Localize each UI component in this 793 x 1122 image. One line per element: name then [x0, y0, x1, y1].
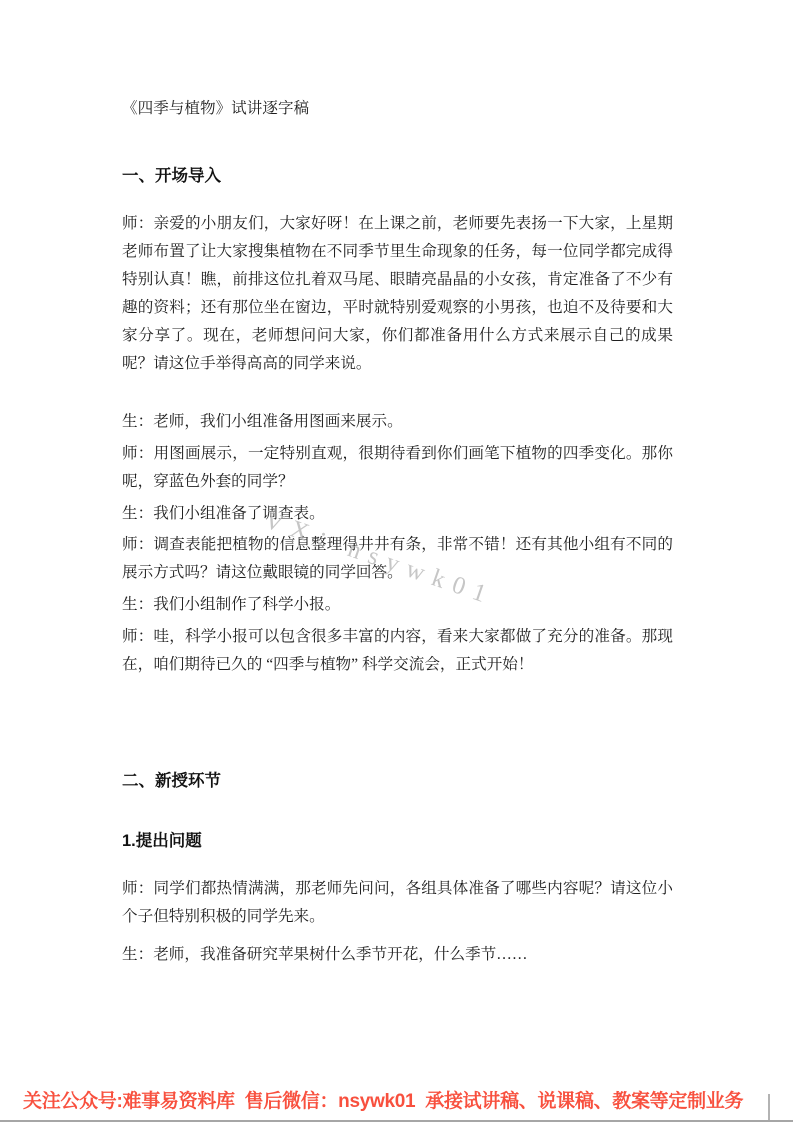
section-heading-new-lesson: 二、新授环节: [122, 767, 673, 795]
subheading-raise-question: 1.提出问题: [122, 827, 673, 855]
footer-banner: 关注公众号:难事易资料库 售后微信：nsywk01 承接试讲稿、说课稿、教案等定…: [0, 1076, 793, 1122]
paragraph-student-apple-tree: 生：老师，我准备研究苹果树什么季节开花，什么季节……: [122, 941, 673, 969]
section-heading-opening: 一、开场导入: [122, 162, 673, 190]
paragraph-teacher-start: 师：哇，科学小报可以包含很多丰富的内容，看来大家都做了充分的准备。那现在，咱们期…: [122, 623, 673, 679]
paragraph-student-pictures: 生：老师，我们小组准备用图画来展示。: [122, 408, 673, 436]
paragraph-teacher-pictures-reply: 师：用图画展示，一定特别直观，很期待看到你们画笔下植物的四季变化。那你呢，穿蓝色…: [122, 440, 673, 496]
paragraph-teacher-survey-reply: 师：调查表能把植物的信息整理得井井有条，非常不错！还有其他小组有不同的展示方式吗…: [122, 531, 673, 587]
document-body: 《四季与植物》试讲逐字稿 一、开场导入 师：亲爱的小朋友们，大家好呀！在上课之前…: [122, 95, 673, 969]
doc-title: 《四季与植物》试讲逐字稿: [122, 95, 673, 123]
footer-banner-text: 关注公众号:难事易资料库 售后微信：nsywk01 承接试讲稿、说课稿、教案等定…: [23, 1086, 743, 1113]
document-page: 《四季与植物》试讲逐字稿 一、开场导入 师：亲爱的小朋友们，大家好呀！在上课之前…: [0, 0, 793, 1122]
paragraph-teacher-intro: 师：亲爱的小朋友们，大家好呀！在上课之前，老师要先表扬一下大家，上星期老师布置了…: [122, 210, 673, 378]
paragraph-student-newsletter: 生：我们小组制作了科学小报。: [122, 591, 673, 619]
paragraph-teacher-ask-content: 师：同学们都热情满满，那老师先问问，各组具体准备了哪些内容呢？请这位小个子但特别…: [122, 875, 673, 931]
banner-right-divider-line: [768, 1094, 770, 1122]
paragraph-student-survey: 生：我们小组准备了调查表。: [122, 500, 673, 528]
